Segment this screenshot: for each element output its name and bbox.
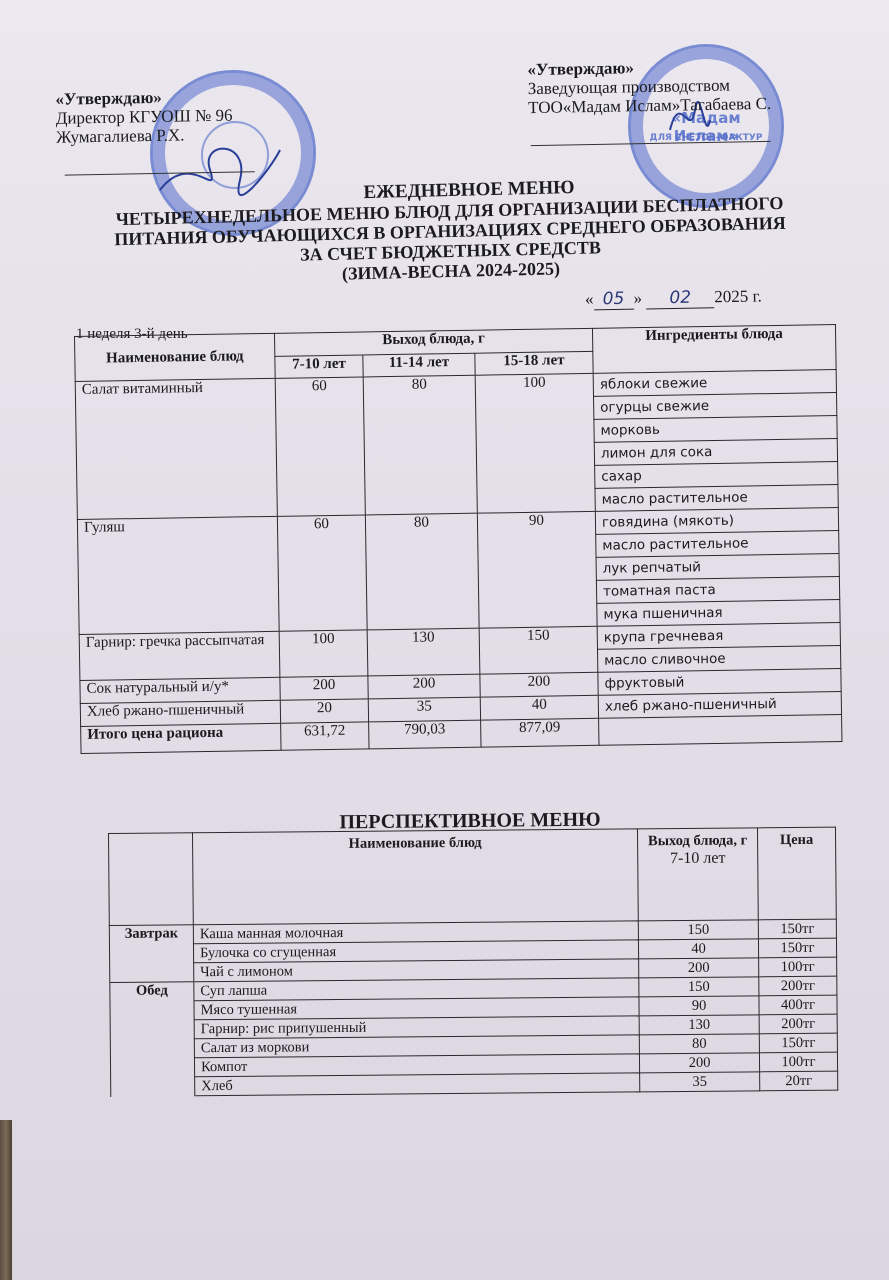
total-7-10: 631,72 [281, 722, 369, 750]
dish-output: 35 [640, 1072, 760, 1092]
dish-output: 130 [639, 1015, 759, 1035]
total-label: Итого цена рациона [81, 723, 281, 753]
total-15-18: 877,09 [481, 718, 599, 747]
dish-output: 200 [639, 958, 759, 978]
approval-block-director: «Утверждаю» Директор КГУОШ № 96 Жумагали… [55, 86, 254, 175]
output-7-10: 60 [275, 377, 365, 516]
dish-price: 200тг [759, 1014, 837, 1034]
date-year: 2025 г. [714, 286, 762, 306]
document-titles: ЕЖЕДНЕВНОЕ МЕНЮ ЧЕТЫРЕХНЕДЕЛЬНОЕ МЕНЮ БЛ… [59, 170, 841, 290]
dish-output: 150 [638, 920, 758, 940]
header-dish-name: Наименование блюд [75, 333, 276, 381]
dish-price: 150тг [758, 919, 836, 939]
date-month: 02 [646, 287, 714, 309]
dish-output: 40 [638, 939, 758, 959]
output-15-18: 90 [477, 511, 597, 628]
dish-name: Гуляш [77, 516, 279, 634]
header-dish-name: Наименование блюд [193, 829, 639, 925]
daily-menu-table: Наименование блюд Выход блюда, г Ингреди… [74, 324, 842, 754]
date-day: 05 [593, 289, 633, 311]
header-age: 7-10 лет [644, 849, 751, 868]
dish-price: 100тг [759, 1052, 837, 1072]
output-11-14: 200 [368, 674, 480, 699]
output-15-18: 200 [480, 672, 598, 697]
dish-name: Салат витаминный [75, 378, 277, 519]
approval-block-manager: «Утверждаю» Заведующая производством ТОО… [527, 56, 772, 146]
approver-name: Жумагалиева Р.Х. [56, 124, 254, 146]
table-surface [0, 1120, 12, 1280]
output-11-14: 35 [368, 697, 480, 722]
output-7-10: 60 [277, 515, 367, 631]
output-11-14: 130 [367, 628, 480, 676]
header-age-7-10: 7-10 лет [275, 354, 363, 378]
output-11-14: 80 [363, 375, 477, 515]
output-7-10: 20 [280, 699, 368, 723]
output-15-18: 40 [480, 695, 598, 720]
dish-output: 80 [639, 1034, 759, 1054]
dish-price: 200тг [759, 976, 837, 996]
quote-open: « [585, 289, 594, 308]
dish-price: 100тг [759, 957, 837, 977]
dish-output: 200 [639, 1053, 759, 1073]
meal-label: Завтрак [109, 925, 193, 983]
dish-price: 400тг [759, 995, 837, 1015]
dish-price: 150тг [759, 1033, 837, 1053]
header-age-11-14: 11-14 лет [363, 353, 475, 377]
quote-close: » [633, 289, 642, 308]
header-ingredients: Ингредиенты блюда [592, 325, 836, 374]
output-15-18: 150 [479, 626, 598, 674]
dish-name: Гарнир: гречка рассыпчатая [79, 631, 280, 680]
output-15-18: 100 [475, 373, 595, 513]
header-meal [109, 833, 194, 926]
dish-price: 20тг [760, 1071, 838, 1091]
header-age-15-18: 15-18 лет [475, 351, 593, 375]
output-11-14: 80 [365, 513, 479, 630]
total-11-14: 790,03 [369, 720, 481, 749]
header-output-label: Выход блюда, г [648, 832, 747, 849]
dish-price: 150тг [758, 938, 836, 958]
approver-position: Директор КГУОШ № 96 [56, 105, 254, 127]
approver-name: ТОО«Мадам Ислам»Тагабаева С. [528, 94, 771, 117]
dish-output: 90 [639, 996, 759, 1016]
header-price: Цена [757, 827, 836, 920]
output-7-10: 100 [279, 630, 368, 677]
total-empty [599, 714, 842, 745]
document-date: «05» 022025 г. [585, 286, 762, 310]
perspective-menu-table: Наименование блюд Выход блюда, г7-10 лет… [108, 827, 838, 1097]
dish-output: 150 [639, 977, 759, 997]
dish-name: Хлеб [195, 1073, 640, 1096]
output-7-10: 200 [280, 676, 368, 700]
header-output: Выход блюда, г7-10 лет [637, 828, 758, 921]
meal-label: Обед [110, 982, 195, 1097]
dish-name: Хлеб ржано-пшеничный [80, 700, 280, 726]
dish-name: Сок натуральный и/у* [80, 677, 280, 703]
